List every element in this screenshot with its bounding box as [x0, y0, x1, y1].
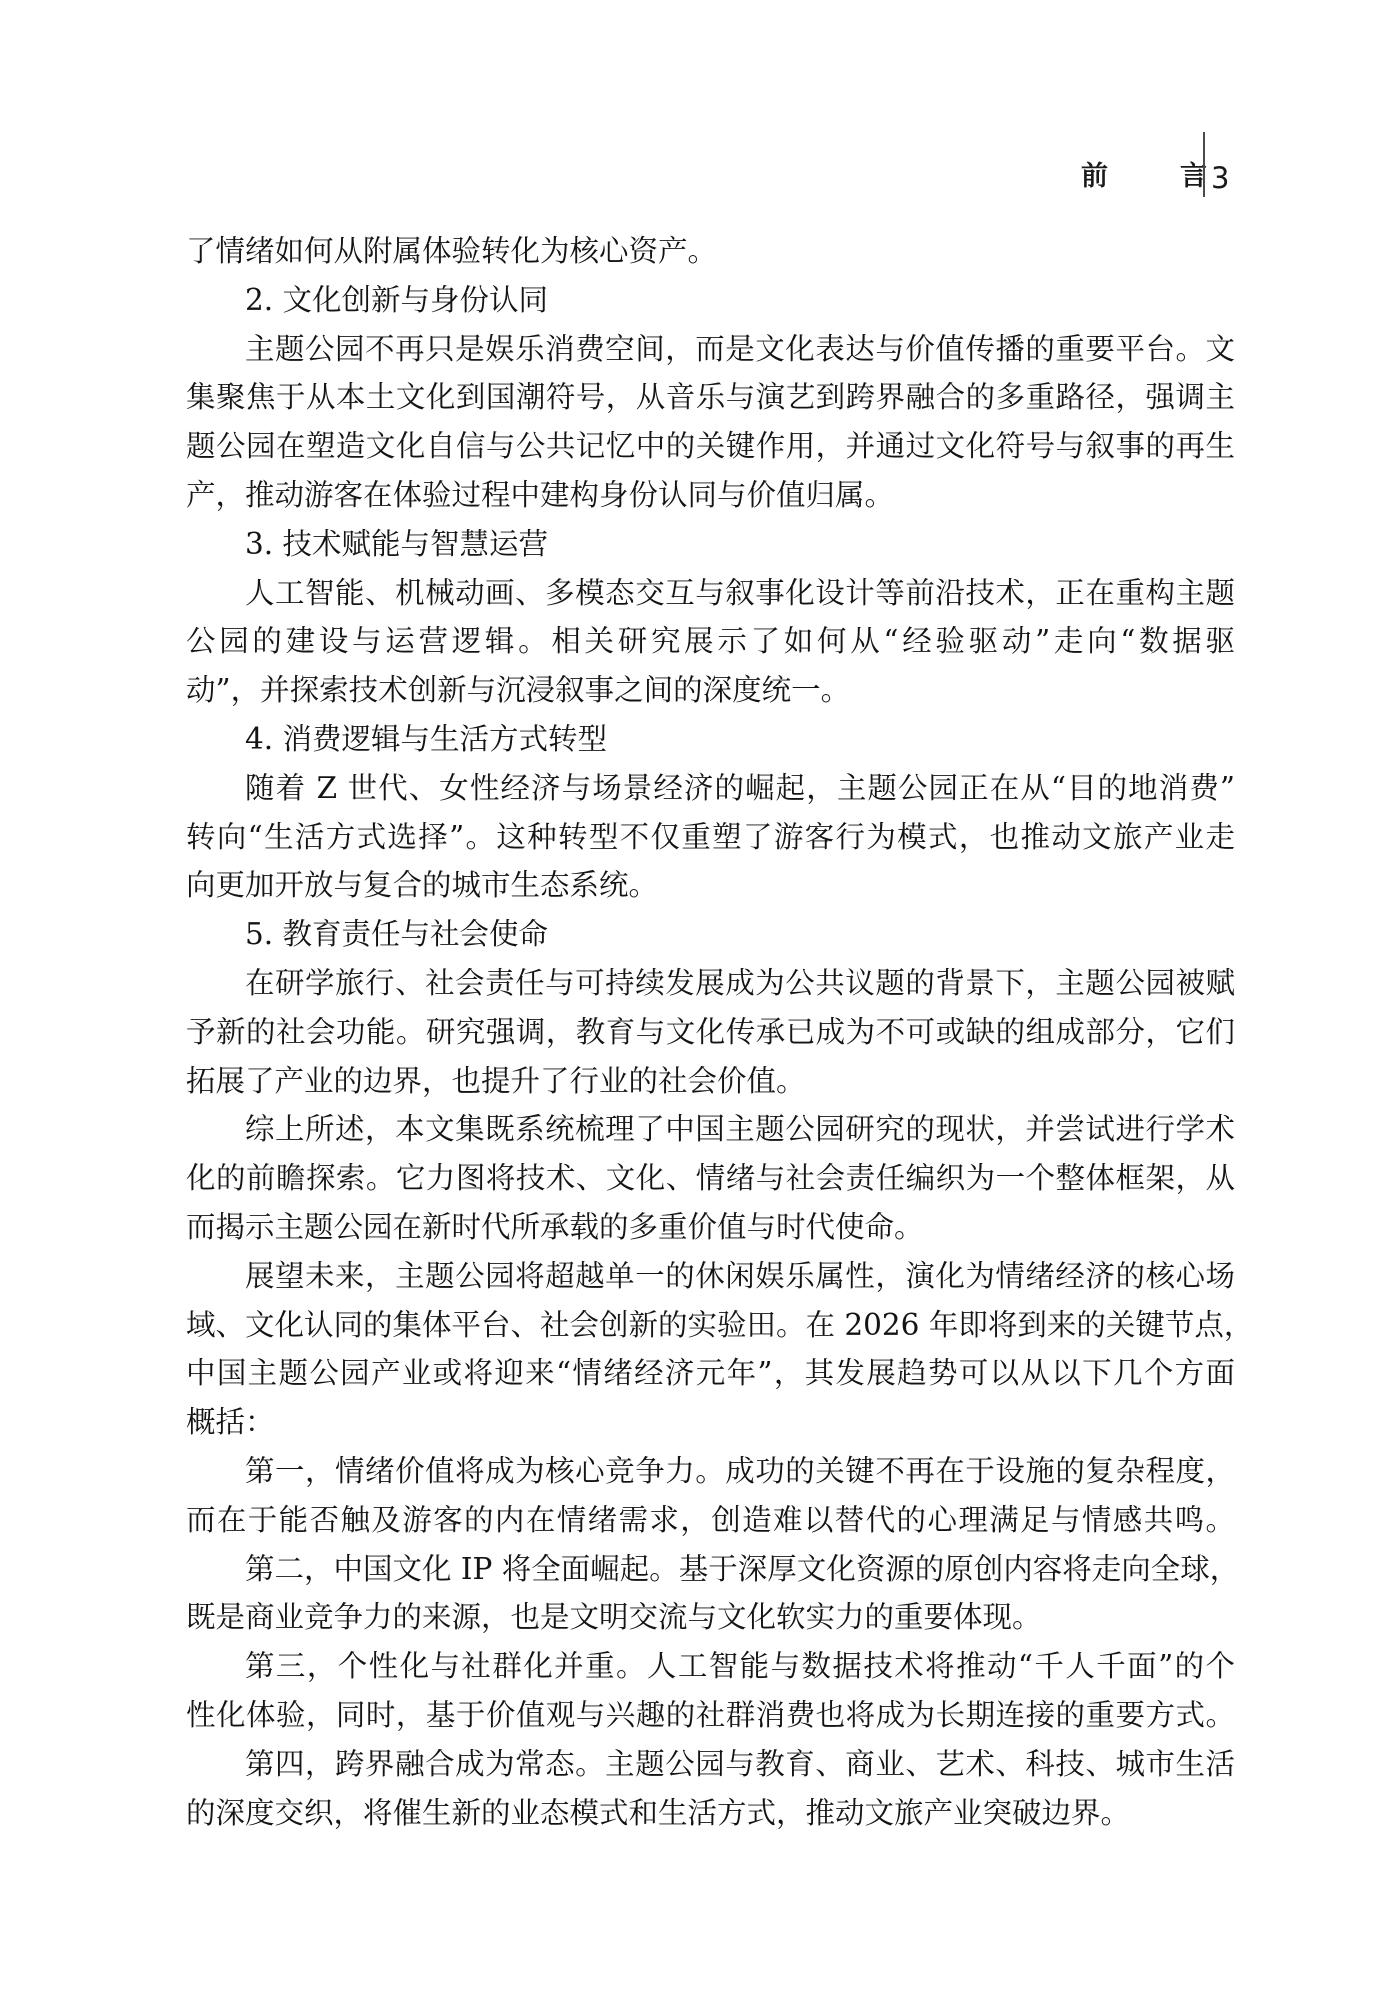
text-line: 而在于能否触及游客的内在情绪需求，创造难以替代的心理满足与情感共鸣。 [186, 1496, 1235, 1545]
text-line: 第四，跨界融合成为常态。主题公园与教育、商业、艺术、科技、城市生活 [186, 1740, 1235, 1789]
page-header: 前 言 3 [0, 0, 1385, 220]
text-line: 主题公园不再只是娱乐消费空间，而是文化表达与价值传播的重要平台。文 [186, 325, 1235, 374]
text-line: 而揭示主题公园在新时代所承载的多重价值与时代使命。 [186, 1203, 1235, 1252]
preface-body: 了情绪如何从附属体验转化为核心资产。2. 文化创新与身份认同主题公园不再只是娱乐… [186, 227, 1235, 1837]
header-title-char-1: 前 [1081, 163, 1108, 190]
text-line: 化的前瞻探索。它力图将技术、文化、情绪与社会责任编织为一个整体框架，从 [186, 1154, 1235, 1203]
text-line: 展望未来，主题公园将超越单一的休闲娱乐属性，演化为情绪经济的核心场 [186, 1252, 1235, 1301]
text-line: 随着 Z 世代、女性经济与场景经济的崛起，主题公园正在从“目的地消费” [186, 764, 1235, 813]
text-line: 拓展了产业的边界，也提升了行业的社会价值。 [186, 1057, 1235, 1106]
text-line: 在研学旅行、社会责任与可持续发展成为公共议题的背景下，主题公园被赋 [186, 959, 1235, 1008]
text-line: 5. 教育责任与社会使命 [186, 910, 1235, 959]
text-line: 产，推动游客在体验过程中建构身份认同与价值归属。 [186, 471, 1235, 520]
text-line: 中国主题公园产业或将迎来“情绪经济元年”，其发展趋势可以从以下几个方面 [186, 1349, 1235, 1398]
text-line: 向更加开放与复合的城市生态系统。 [186, 861, 1235, 910]
text-line: 转向“生活方式选择”。这种转型不仅重塑了游客行为模式，也推动文旅产业走 [186, 813, 1235, 862]
text-line: 综上所述，本文集既系统梳理了中国主题公园研究的现状，并尝试进行学术 [186, 1105, 1235, 1154]
header-divider [1203, 132, 1205, 197]
text-line: 的深度交织，将催生新的业态模式和生活方式，推动文旅产业突破边界。 [186, 1789, 1235, 1838]
text-line: 概括： [186, 1398, 1235, 1447]
text-line: 公园的建设与运营逻辑。相关研究展示了如何从“经验驱动”走向“数据驱 [186, 617, 1235, 666]
text-line: 第一，情绪价值将成为核心竞争力。成功的关键不再在于设施的复杂程度， [186, 1447, 1235, 1496]
text-line: 第二，中国文化 IP 将全面崛起。基于深厚文化资源的原创内容将走向全球， [186, 1545, 1235, 1594]
page-number: 3 [1211, 161, 1229, 195]
text-line: 2. 文化创新与身份认同 [186, 276, 1235, 325]
text-line: 动”，并探索技术创新与沉浸叙事之间的深度统一。 [186, 666, 1235, 715]
text-line: 既是商业竞争力的来源，也是文明交流与文化软实力的重要体现。 [186, 1593, 1235, 1642]
text-line: 予新的社会功能。研究强调，教育与文化传承已成为不可或缺的组成部分，它们 [186, 1008, 1235, 1057]
text-line: 了情绪如何从附属体验转化为核心资产。 [186, 227, 1235, 276]
document-page: 前 言 3 了情绪如何从附属体验转化为核心资产。2. 文化创新与身份认同主题公园… [0, 0, 1385, 2015]
text-line: 4. 消费逻辑与生活方式转型 [186, 715, 1235, 764]
text-line: 人工智能、机械动画、多模态交互与叙事化设计等前沿技术，正在重构主题 [186, 569, 1235, 618]
text-line: 性化体验，同时，基于价值观与兴趣的社群消费也将成为长期连接的重要方式。 [186, 1691, 1235, 1740]
text-line: 域、文化认同的集体平台、社会创新的实验田。在 2026 年即将到来的关键节点， [186, 1301, 1235, 1350]
text-line: 题公园在塑造文化自信与公共记忆中的关键作用，并通过文化符号与叙事的再生 [186, 422, 1235, 471]
text-line: 第三，个性化与社群化并重。人工智能与数据技术将推动“千人千面”的个 [186, 1642, 1235, 1691]
text-line: 3. 技术赋能与智慧运营 [186, 520, 1235, 569]
text-line: 集聚焦于从本土文化到国潮符号，从音乐与演艺到跨界融合的多重路径，强调主 [186, 373, 1235, 422]
